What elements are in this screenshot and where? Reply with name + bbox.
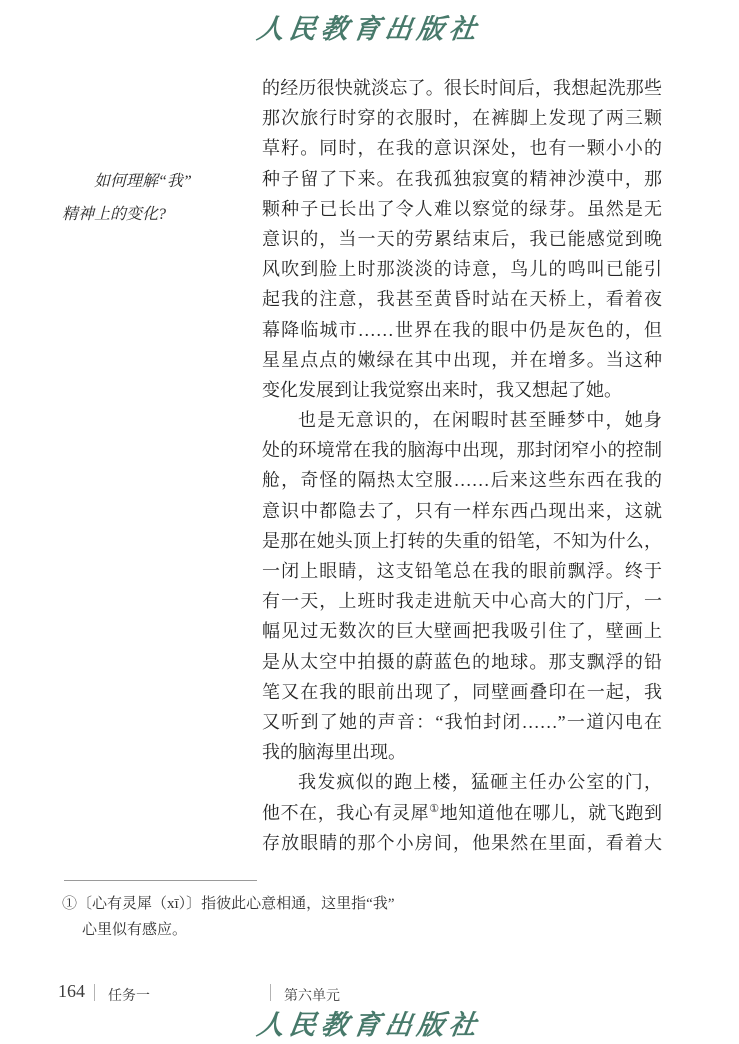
margin-note-line: 精神上的变化?	[62, 198, 234, 231]
body-text-line: 又听到了她的声音：“我怕封闭……”一道闪电在	[262, 707, 662, 737]
textbook-page: 人民教育出版社 如何理解“我” 精神上的变化? 的经历很快就淡忘了。很长时间后，…	[0, 0, 739, 1044]
page-number: 164	[58, 981, 85, 1002]
body-text-line: 那次旅行时穿的衣服时，在裤脚上发现了两三颗	[262, 103, 662, 133]
body-text-line: 处的环境常在我的脑海中出现，那封闭窄小的控制	[262, 435, 662, 465]
footnote: ①〔心有灵犀（xī）〕指彼此心意相通，这里指“我” 心里似有感应。	[62, 891, 482, 943]
body-text-line: 有一天，上班时我走进航天中心高大的门厅，一	[262, 586, 662, 616]
body-text-line: 也是无意识的，在闲暇时甚至睡梦中，她身	[262, 405, 662, 435]
body-text-line: 起我的注意，我甚至黄昏时站在天桥上，看着夜	[262, 284, 662, 314]
margin-note: 如何理解“我” 精神上的变化?	[62, 165, 234, 231]
body-text-line: 的经历很快就淡忘了。很长时间后，我想起洗那些	[262, 73, 662, 103]
body-text-line: 风吹到脸上时那淡淡的诗意，鸟儿的鸣叫已能引	[262, 254, 662, 284]
body-text-line: 我的脑海里出现。	[262, 737, 662, 767]
body-text-line: 存放眼睛的那个小房间，他果然在里面，看着大	[262, 828, 662, 858]
footer-divider	[270, 984, 271, 1001]
body-text-line: 意识中都隐去了，只有一样东西凸现出来，这就	[262, 496, 662, 526]
footer-divider	[94, 984, 95, 1001]
body-text-line: 是那在她头顶上打转的失重的铅笔，不知为什么，	[262, 526, 662, 556]
body-text-line: 变化发展到让我觉察出来时，我又想起了她。	[262, 375, 662, 405]
body-text-line: 星星点点的嫩绿在其中出现，并在增多。当这种	[262, 345, 662, 375]
body-text-line: 种子留了下来。在我孤独寂寞的精神沙漠中，那	[262, 164, 662, 194]
footnote-divider	[64, 880, 257, 881]
body-text-line: 一闭上眼睛，这支铅笔总在我的眼前飘浮。终于	[262, 556, 662, 586]
publisher-logo-bottom: 人民教育出版社	[0, 1003, 739, 1042]
body-text-line: 是从太空中拍摄的蔚蓝色的地球。那支飘浮的铅	[262, 647, 662, 677]
body-text-line: 幕降临城市……世界在我的眼中仍是灰色的，但	[262, 315, 662, 345]
body-text-line: 我发疯似的跑上楼，猛砸主任办公室的门，	[262, 767, 662, 797]
body-text-line: 幅见过无数次的巨大壁画把我吸引住了，壁画上	[262, 616, 662, 646]
footnote-line: 心里似有感应。	[62, 917, 482, 943]
footer-unit-label: 第六单元	[284, 985, 340, 1005]
body-text-line: 意识的，当一天的劳累结束后，我已能感觉到晚	[262, 224, 662, 254]
footnote-line: ①〔心有灵犀（xī）〕指彼此心意相通，这里指“我”	[62, 891, 482, 917]
body-text: 的经历很快就淡忘了。很长时间后，我想起洗那些那次旅行时穿的衣服时，在裤脚上发现了…	[262, 73, 662, 858]
page-footer: 164 任务一 第六单元	[0, 981, 739, 1005]
footer-task-label: 任务一	[108, 985, 150, 1005]
publisher-logo-top: 人民教育出版社	[0, 7, 739, 46]
footnote-reference-marker: ①	[429, 803, 439, 815]
margin-note-line: 如何理解“我”	[62, 165, 234, 198]
body-text-line: 舱，奇怪的隔热太空服……后来这些东西在我的	[262, 465, 662, 495]
body-text-line: 颗种子已长出了令人难以察觉的绿芽。虽然是无	[262, 194, 662, 224]
body-text-line: 草籽。同时，在我的意识深处，也有一颗小小的	[262, 133, 662, 163]
body-text-line: 他不在，我心有灵犀①地知道他在哪儿，就飞跑到	[262, 798, 662, 828]
body-text-line: 笔又在我的眼前出现了，同壁画叠印在一起，我	[262, 677, 662, 707]
